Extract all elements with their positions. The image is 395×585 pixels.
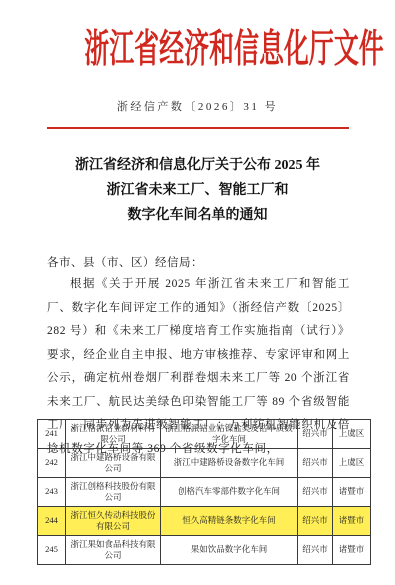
table-body: 241 浙江格派钴业新材料有限公司 浙江格派钴业钴镍盐类及钴单质数字化车间 绍兴… — [38, 420, 371, 565]
cell-workshop-name: 创格汽车零部件数字化车间 — [161, 478, 298, 507]
notice-title-line3: 数字化车间名单的通知 — [0, 203, 395, 228]
cell-city: 绍兴市 — [298, 449, 333, 478]
document-number: 浙经信产数〔2026〕31 号 — [0, 98, 395, 114]
notice-title-line2: 浙江省未来工厂、智能工厂和 — [0, 178, 395, 203]
red-divider-line — [47, 127, 349, 129]
cell-district: 诸暨市 — [333, 536, 371, 565]
cell-district: 上虞区 — [333, 420, 371, 449]
table-row: 245 浙江果如食品科技有限公司 果如饮品数字化车间 绍兴市 诸暨市 — [38, 536, 371, 565]
digital-workshop-list-table: 241 浙江格派钴业新材料有限公司 浙江格派钴业钴镍盐类及钴单质数字化车间 绍兴… — [37, 419, 371, 565]
cell-row-number: 241 — [38, 420, 66, 449]
cell-district: 诸暨市 — [333, 478, 371, 507]
cell-workshop-name: 浙江格派钴业钴镍盐类及钴单质数字化车间 — [161, 420, 298, 449]
cell-district: 诸暨市 — [333, 507, 371, 536]
cell-city: 绍兴市 — [298, 478, 333, 507]
cell-row-number: 243 — [38, 478, 66, 507]
notice-title: 浙江省经济和信息化厅关于公布 2025 年 浙江省未来工厂、智能工厂和 数字化车… — [0, 153, 395, 228]
notice-title-line1: 浙江省经济和信息化厅关于公布 2025 年 — [0, 153, 395, 178]
document-page: 浙江省经济和信息化厅文件 浙经信产数〔2026〕31 号 浙江省经济和信息化厅关… — [0, 0, 395, 585]
table-row: 244 浙江恒久传动科技股份有限公司 恒久高精链条数字化车间 绍兴市 诸暨市 — [38, 507, 371, 536]
letterhead: 浙江省经济和信息化厅文件 — [0, 26, 395, 74]
table-row: 243 浙江创格科技股份有限公司 创格汽车零部件数字化车间 绍兴市 诸暨市 — [38, 478, 371, 507]
cell-workshop-name: 果如饮品数字化车间 — [161, 536, 298, 565]
cell-city: 绍兴市 — [298, 507, 333, 536]
cell-company-name: 浙江恒久传动科技股份有限公司 — [66, 507, 161, 536]
letterhead-org-title: 浙江省经济和信息化厅文件 — [84, 26, 384, 74]
cell-workshop-name: 恒久高精链条数字化车间 — [161, 507, 298, 536]
cell-row-number: 244 — [38, 507, 66, 536]
cell-company-name: 浙江中建路桥设备有限公司 — [66, 449, 161, 478]
cell-company-name: 浙江格派钴业新材料有限公司 — [66, 420, 161, 449]
cell-company-name: 浙江创格科技股份有限公司 — [66, 478, 161, 507]
table-row: 241 浙江格派钴业新材料有限公司 浙江格派钴业钴镍盐类及钴单质数字化车间 绍兴… — [38, 420, 371, 449]
cell-district: 上虞区 — [333, 449, 371, 478]
table-row: 242 浙江中建路桥设备有限公司 浙江中建路桥设备数字化车间 绍兴市 上虞区 — [38, 449, 371, 478]
cell-company-name: 浙江果如食品科技有限公司 — [66, 536, 161, 565]
salutation: 各市、县（市、区）经信局： — [47, 254, 350, 270]
cell-city: 绍兴市 — [298, 420, 333, 449]
cell-row-number: 242 — [38, 449, 66, 478]
cell-city: 绍兴市 — [298, 536, 333, 565]
cell-workshop-name: 浙江中建路桥设备数字化车间 — [161, 449, 298, 478]
cell-row-number: 245 — [38, 536, 66, 565]
